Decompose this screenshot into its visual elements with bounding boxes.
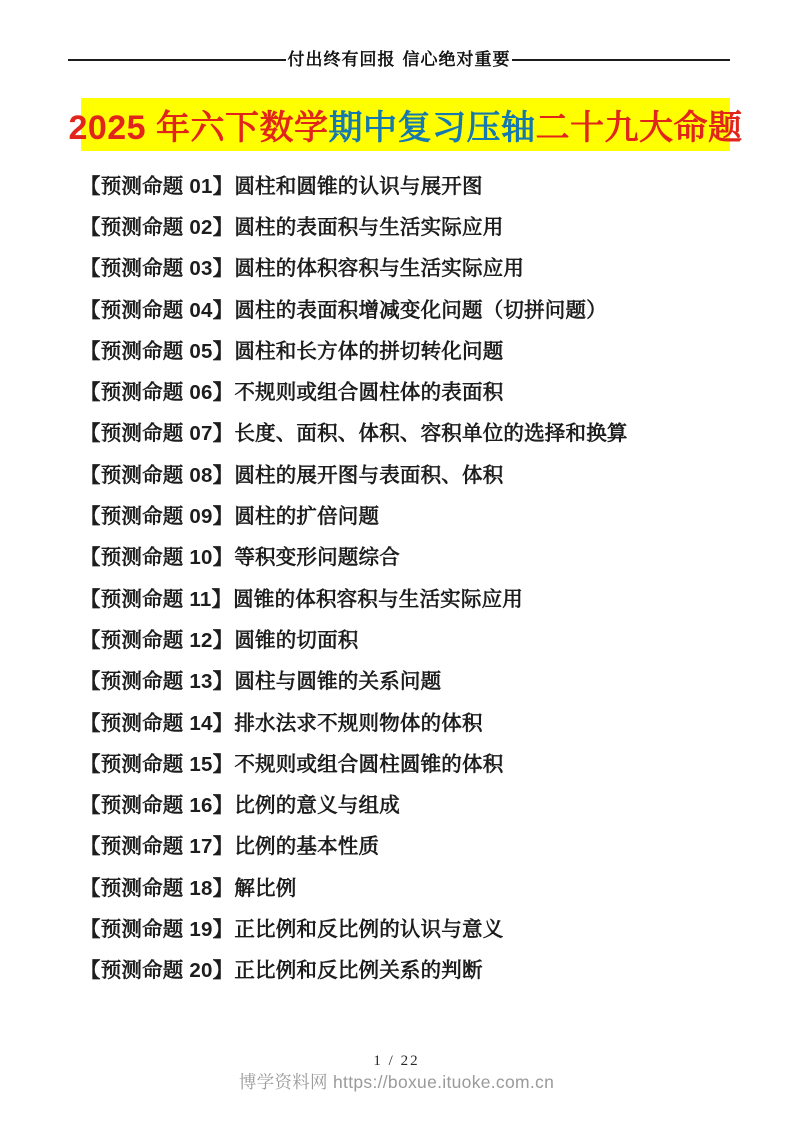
list-item: 【预测命题 03】圆柱的体积容积与生活实际应用 [80,246,738,287]
item-topic: 解比例 [234,871,296,901]
item-topic: 圆柱的扩倍问题 [234,499,379,529]
title-banner: 2025 年六下数学期中复习压轴二十九大命题 [81,98,730,151]
list-item: 【预测命题 12】圆锥的切面积 [80,617,738,658]
site-credit: 博学资料网 https://boxue.ituoke.com.cn [0,1069,793,1094]
list-item: 【预测命题 10】等积变形问题综合 [80,535,738,576]
list-item: 【预测命题 17】比例的基本性质 [80,824,738,865]
list-item: 【预测命题 20】正比例和反比例关系的判断 [80,948,738,989]
list-item: 【预测命题 08】圆柱的展开图与表面积、体积 [80,452,738,493]
item-label: 【预测命题 07】 [80,416,233,446]
item-topic: 圆柱和长方体的拼切转化问题 [234,334,503,364]
item-topic: 圆柱的表面积增减变化问题（切拼问题） [234,293,607,323]
item-label: 【预测命题 18】 [80,871,233,901]
header-motto: 付出终有回报 信心绝对重要 [286,45,513,70]
title-part-midterm-review: 期中复习压轴 [329,100,536,149]
list-item: 【预测命题 11】圆锥的体积容积与生活实际应用 [80,576,738,617]
item-label: 【预测命题 11】 [80,582,232,612]
header-motto-band: 付出终有回报 信心绝对重要 [68,47,730,72]
item-topic: 长度、面积、体积、容积单位的选择和换算 [234,416,627,446]
item-label: 【预测命题 17】 [80,829,233,859]
list-item: 【预测命题 13】圆柱与圆锥的关系问题 [80,659,738,700]
item-label: 【预测命题 15】 [80,747,233,777]
item-label: 【预测命题 08】 [80,458,233,488]
item-label: 【预测命题 04】 [80,293,233,323]
item-topic: 正比例和反比例关系的判断 [234,953,482,983]
list-item: 【预测命题 01】圆柱和圆锥的认识与展开图 [80,163,738,204]
item-label: 【预测命题 09】 [80,499,233,529]
item-topic: 圆柱与圆锥的关系问题 [234,664,441,694]
document-page: 付出终有回报 信心绝对重要 2025 年六下数学期中复习压轴二十九大命题 【预测… [0,0,793,1122]
item-label: 【预测命题 14】 [80,706,233,736]
item-topic: 圆柱和圆锥的认识与展开图 [234,169,482,199]
item-topic: 圆柱的展开图与表面积、体积 [234,458,503,488]
item-label: 【预测命题 02】 [80,210,233,240]
list-item: 【预测命题 14】排水法求不规则物体的体积 [80,700,738,741]
title-part-topic-count: 二十九大命题 [536,100,743,149]
item-topic: 比例的基本性质 [234,829,379,859]
item-label: 【预测命题 19】 [80,912,233,942]
item-topic: 圆柱的体积容积与生活实际应用 [234,251,524,281]
list-item: 【预测命题 15】不规则或组合圆柱圆锥的体积 [80,741,738,782]
item-topic: 等积变形问题综合 [234,540,400,570]
item-topic: 比例的意义与组成 [234,788,400,818]
prediction-list: 【预测命题 01】圆柱和圆锥的认识与展开图 【预测命题 02】圆柱的表面积与生活… [80,163,738,989]
header-rule-left [68,59,286,61]
item-topic: 圆锥的切面积 [234,623,358,653]
list-item: 【预测命题 18】解比例 [80,865,738,906]
list-item: 【预测命题 07】长度、面积、体积、容积单位的选择和换算 [80,411,738,452]
item-topic: 圆柱的表面积与生活实际应用 [234,210,503,240]
list-item: 【预测命题 09】圆柱的扩倍问题 [80,493,738,534]
item-label: 【预测命题 03】 [80,251,233,281]
item-label: 【预测命题 10】 [80,540,233,570]
item-label: 【预测命题 13】 [80,664,233,694]
list-item: 【预测命题 05】圆柱和长方体的拼切转化问题 [80,328,738,369]
page-number: 1 / 22 [0,1053,793,1070]
item-label: 【预测命题 12】 [80,623,233,653]
list-item: 【预测命题 02】圆柱的表面积与生活实际应用 [80,204,738,245]
item-label: 【预测命题 01】 [80,169,233,199]
list-item: 【预测命题 16】比例的意义与组成 [80,782,738,823]
title-part-year-subject: 2025 年六下数学 [68,100,328,149]
item-topic: 不规则或组合圆柱体的表面积 [234,375,503,405]
header-rule-right [512,59,730,61]
list-item: 【预测命题 04】圆柱的表面积增减变化问题（切拼问题） [80,287,738,328]
item-label: 【预测命题 05】 [80,334,233,364]
list-item: 【预测命题 06】不规则或组合圆柱体的表面积 [80,369,738,410]
item-label: 【预测命题 20】 [80,953,233,983]
item-topic: 排水法求不规则物体的体积 [234,706,482,736]
item-label: 【预测命题 16】 [80,788,233,818]
item-topic: 正比例和反比例的认识与意义 [234,912,503,942]
item-topic: 不规则或组合圆柱圆锥的体积 [234,747,503,777]
item-label: 【预测命题 06】 [80,375,233,405]
item-topic: 圆锥的体积容积与生活实际应用 [233,582,523,612]
list-item: 【预测命题 19】正比例和反比例的认识与意义 [80,906,738,947]
